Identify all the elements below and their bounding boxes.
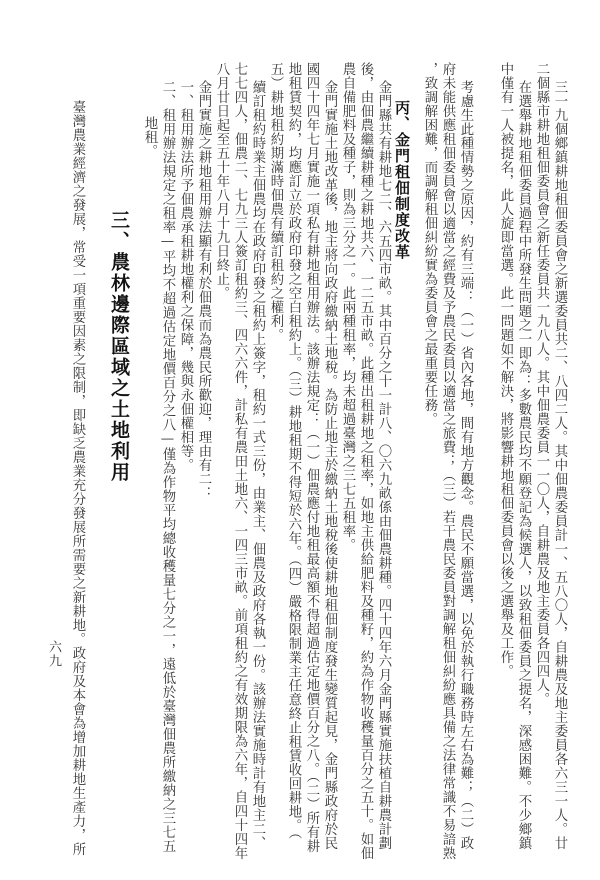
text-column: 地租賃契約，均應訂立於政府印發之空白租約上。（三）耕地租期不得短於六年。（四）嚴…	[284, 62, 302, 840]
text-column: 續訂租約時業主佃農均在政府印發之租約上簽字，租約一式三份，由業主、佃農及政府各執…	[248, 80, 266, 850]
text-column: 在選舉耕地租佃委員過程中所發生問題之一即為：多數農民均不願登記為候選人，以致租佃…	[514, 80, 532, 850]
text-column: 府未能供應租佃委員會以適當之經費及予農民委員以適當之旅費；（三）若干農民委員對調…	[438, 62, 456, 860]
section-heading: 丙、金門租佃制度改革	[392, 100, 413, 260]
text-column: 金門實施土地改革後，地主將向政府繳納土地稅。為防止地主於繳納土地稅後使耕地租佃制…	[320, 80, 338, 850]
list-item: 二、租用辦法規定之租率—平均不超過估定地價百分之八—僅為作物平均總收穫量七分之一…	[158, 80, 176, 853]
text-column: 七七四人，佃農二、七九三人簽訂租約三、四六六件，計私有農田土地六、一四三市畝。前…	[230, 62, 248, 860]
text-column: 考慮生此種情勢之原因，約有三端：（一）省內各地，間有地方觀念。農民不願當選，以免…	[456, 80, 474, 850]
text-column: 國四十四年七月實施一項私有耕地租用辦法。該辦法規定：（一）佃農應付地租最高額不得…	[302, 62, 320, 853]
page-number: 六九	[44, 640, 63, 668]
text-column: 五）耕地租約期滿時佃農有續訂租約之權利。	[266, 62, 284, 342]
chapter-heading: 三、農林邊際區域之土地利用	[106, 210, 133, 483]
text-column: ，致調解困難，而調解租佃糾紛實為委員會之最重要任務。	[420, 62, 438, 426]
text-column: 八月廿日起至五十年八月十九日終止。	[212, 62, 230, 300]
list-item: 一、租用辦法所予佃農承租耕地權利之保障，幾與永佃權相等。	[176, 80, 194, 472]
text-column: 二個縣市耕地租佃委員會之新任委員共一九八人。其中佃農委員一一〇人，自耕農及地主委…	[532, 62, 550, 706]
text-column: 三一九個鄉鎮耕地租佃委員會之新選委員共二、八四二人。其中佃農委員計一、五八〇人，…	[550, 80, 568, 850]
document-page: 三一九個鄉鎮耕地租佃委員會之新選委員共二、八四二人。其中佃農委員計一、五八〇人，…	[0, 0, 600, 880]
text-column: 農自備肥料及種子，則為三分之一。此兩種租率，均未超過臺灣之三七五租率。	[338, 62, 356, 552]
text-column: 金門實施之耕地租用辦法顯有利於佃農而為農民所歡迎，理由有二：	[194, 80, 212, 500]
text-column: 臺灣農業經濟之發展，常受一項重要因素之限制，即缺乏農業充分發展所需要之新耕地。政…	[68, 100, 86, 856]
text-column: 地租。	[140, 116, 158, 158]
text-column: 後，由佃農繼續耕種之耕地共六、一二五市畝。此種出租耕地之租率，如地主供給肥料及種…	[356, 62, 374, 860]
text-column: 金門縣共有耕地七二、六五四市畝。其中百分之十一計八、〇六九畝係由佃農耕種。四十四…	[374, 80, 392, 850]
text-column: 中僅有一人被提名，此人旋即當選。此一問題如不解決，將影響耕地租佃委員會以後之選舉…	[496, 62, 514, 678]
